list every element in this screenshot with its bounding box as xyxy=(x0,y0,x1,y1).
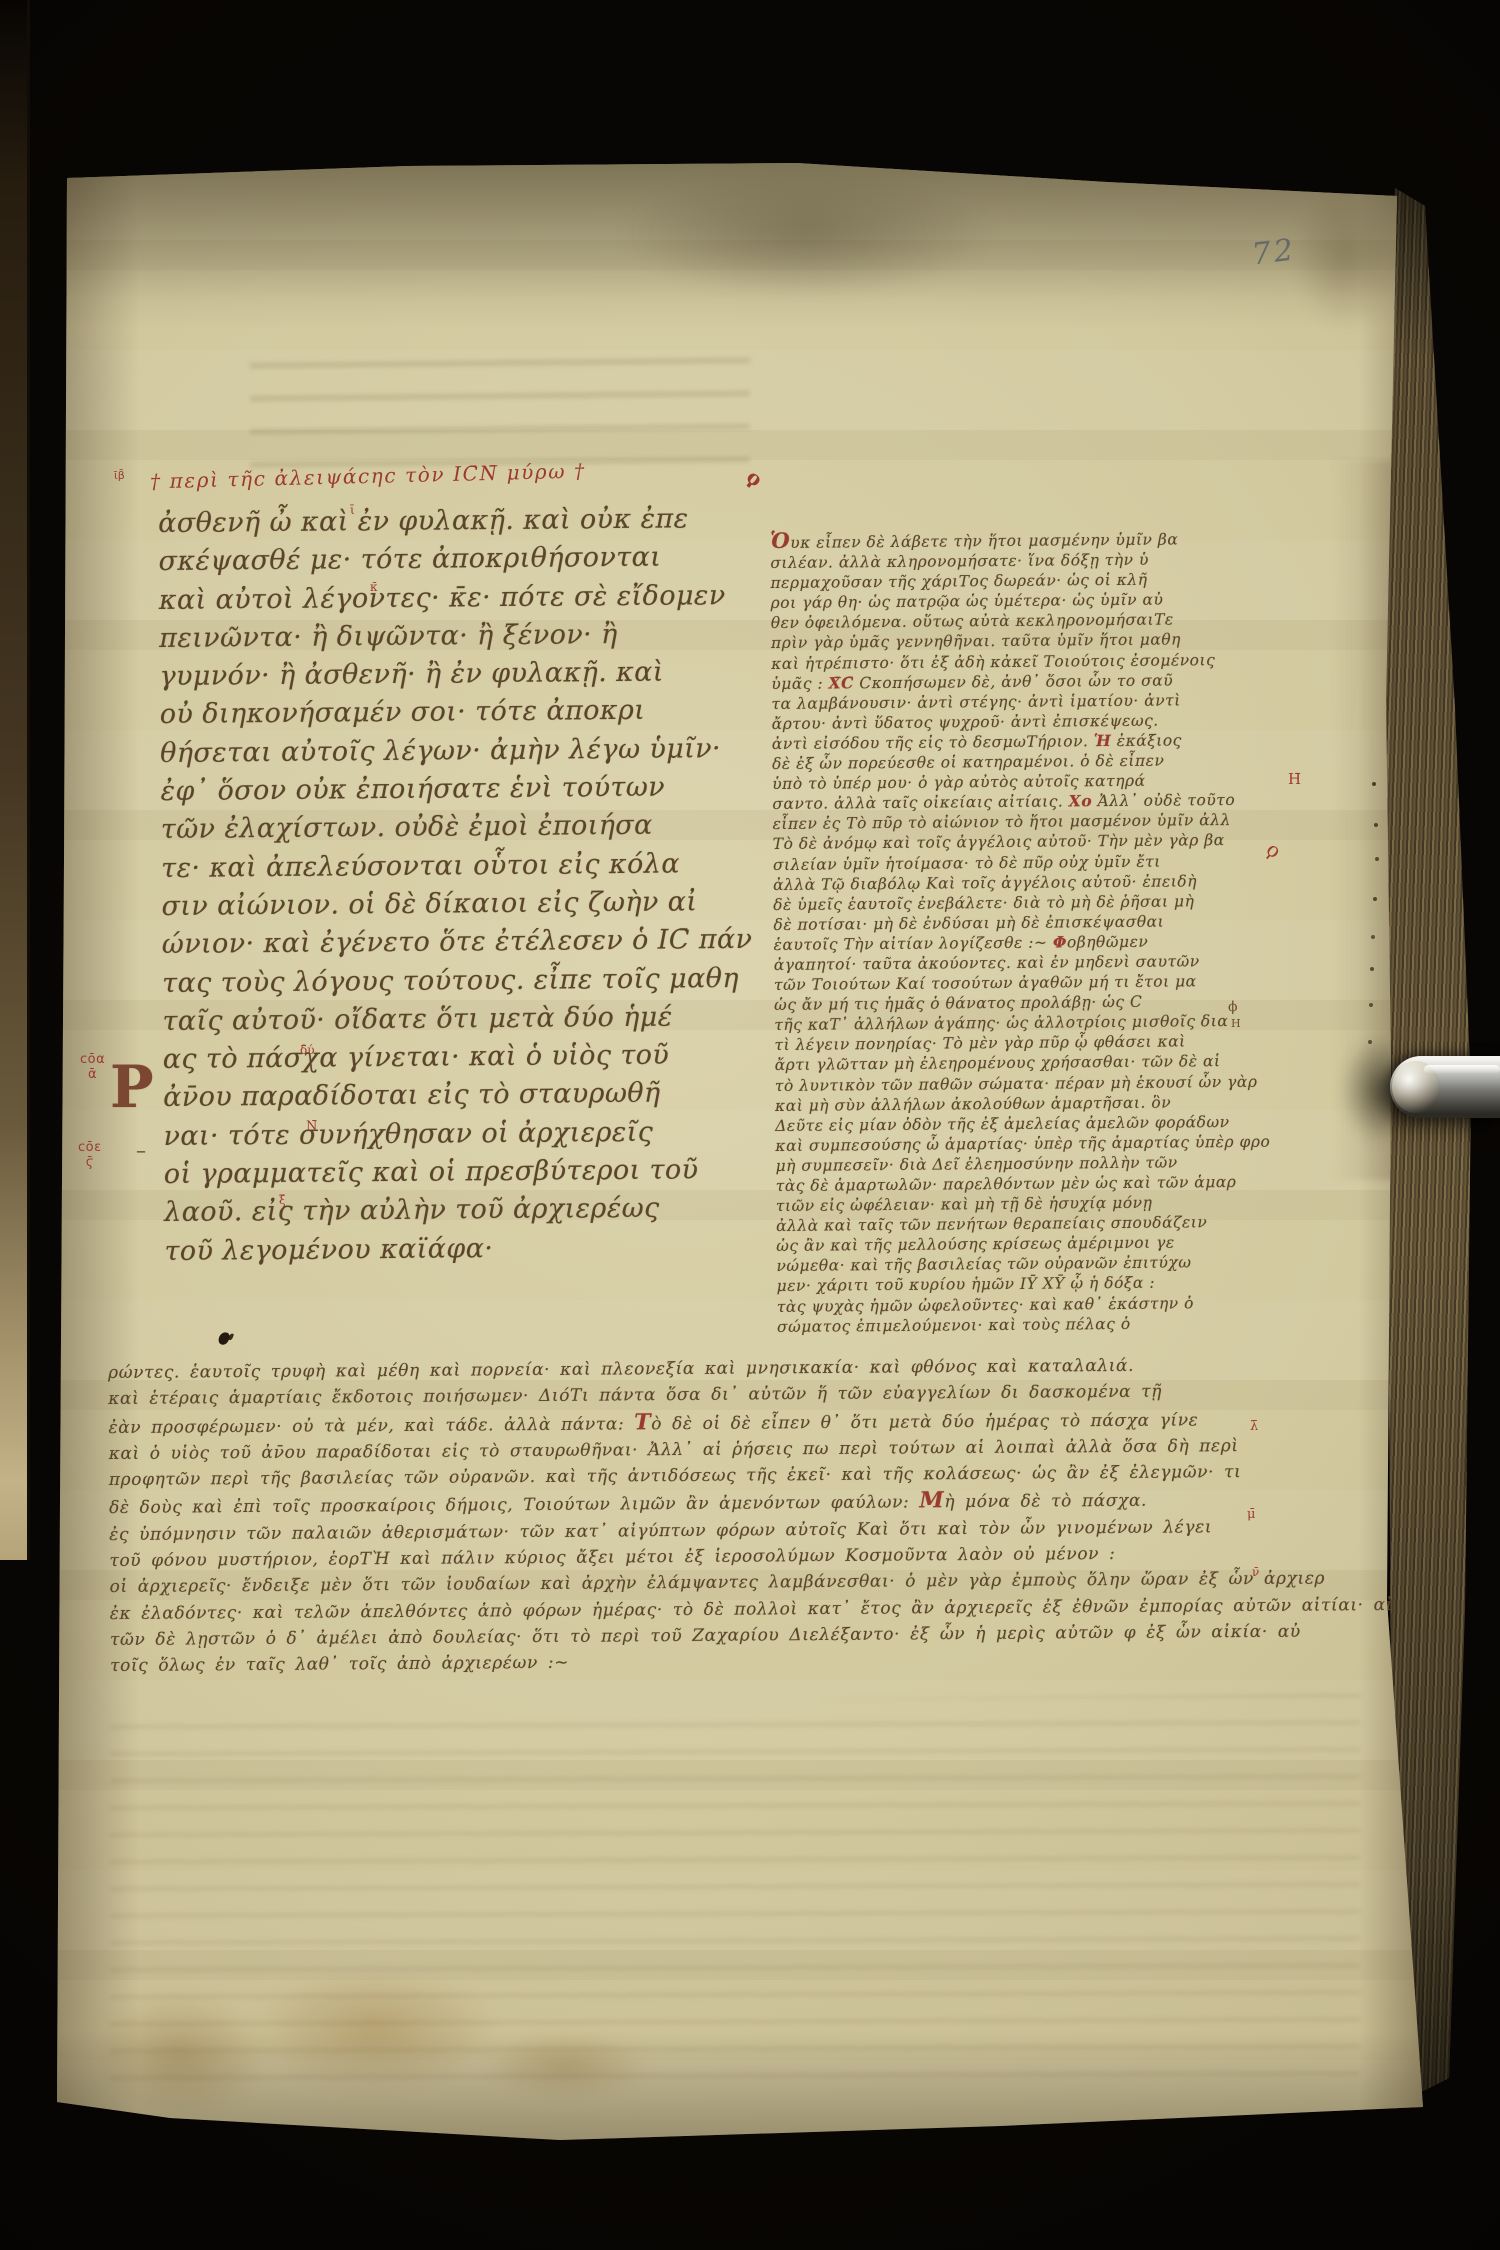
margin-mark: ϕ xyxy=(1228,1000,1238,1014)
margin-mark: Η xyxy=(1231,1018,1241,1029)
margin-mark: μ̄ xyxy=(1247,1508,1255,1521)
margin-mark: λ̄ xyxy=(1250,1420,1258,1433)
margin-mark: ϙ xyxy=(1263,838,1285,861)
photo-background: 72 ῑβ̄ † περὶ τῆϲ ἀλειψάϲηϲ τὸν ΙϹ̄Ν̄ μύ… xyxy=(0,0,1500,2250)
margin-mark: ν̄ xyxy=(1252,1566,1259,1578)
metal-clasp xyxy=(1390,1056,1500,1118)
margin-marks-layer: Η̄ϙϕΗλ̄μ̄ν̄ xyxy=(0,0,1500,2250)
margin-mark: Η̄ xyxy=(1288,772,1301,787)
